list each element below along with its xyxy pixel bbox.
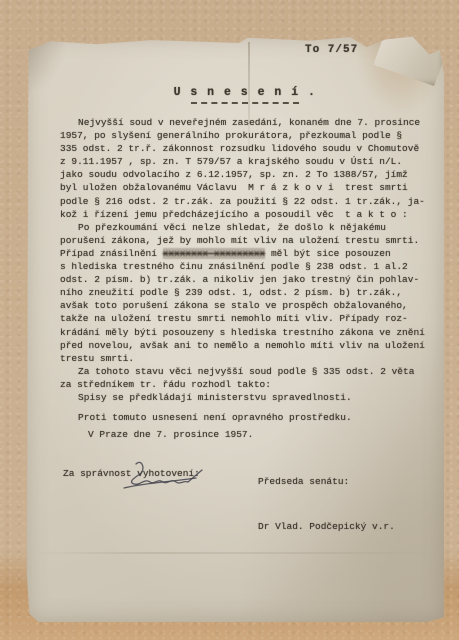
paragraph-no-appeal: Proti tomuto usnesení není opravného pro…	[60, 411, 436, 424]
text-line: takže na uložení trestu smrti nemohlo mí…	[60, 312, 436, 325]
text-line: jako soudu odvolacího z 6.12.1957, sp. z…	[60, 168, 436, 181]
document-page: To 7/57 U s n e s e n í . Nejvyšší soud …	[26, 36, 444, 622]
signature-name: Dr Vlad. Podčepický v.r.	[258, 519, 395, 534]
text-line: Za tohoto stavu věci nejvyšší soud podle…	[60, 365, 436, 378]
text-line: kož i řízení jemu předcházejícího a poso…	[60, 208, 436, 221]
text-line: Proti tomuto usnesení není opravného pro…	[60, 411, 436, 424]
text-line: ního zneužití podle § 239 odst. 1, odst.…	[60, 286, 436, 299]
text-segment: Případ znásilnění	[60, 248, 163, 259]
paragraph-review: Po přezkoumání věci nelze shledat, že do…	[60, 221, 436, 365]
text-line: s hlediska trestného činu znásilnění pod…	[60, 260, 436, 273]
handwritten-signature	[84, 456, 214, 496]
photo-background: To 7/57 U s n e s e n í . Nejvyšší soud …	[0, 0, 459, 640]
signature-role: Předseda senátu:	[258, 474, 395, 489]
date-line: V Praze dne 7. prosince 1957.	[88, 429, 253, 440]
text-line: avšak toto porušení zákona se stalo ve p…	[60, 299, 436, 312]
text-line: Spisy se předkládají ministerstvu sprave…	[60, 391, 436, 404]
text-line: z 9.11.1957 , sp. zn. T 579/57 a krajské…	[60, 155, 436, 168]
text-line: byl uložen obžalovanému Václavu M r á z …	[60, 181, 436, 194]
title-underline	[191, 102, 299, 104]
redacted-text: xxxxxxxx xxxxxxxxx	[163, 248, 266, 259]
title-block: U s n e s e n í .	[60, 82, 430, 104]
text-line: krádání měly býti posouzeny s hlediska t…	[60, 326, 436, 339]
folded-corner	[372, 30, 444, 86]
document-body: Nejvyšší soud v neveřejném zasedání, kon…	[60, 116, 436, 424]
text-line: porušení zákona, jež by mohlo mít vliv n…	[60, 234, 436, 247]
text-line: 1957, po slyšení generálního prokurátora…	[60, 129, 436, 142]
case-number: To 7/57	[305, 44, 358, 56]
text-line: podle § 216 odst. 2 tr.zák. za použití §…	[60, 195, 436, 208]
text-line: 335 odst. 2 tr.ř. zákonnost rozsudku lid…	[60, 142, 436, 155]
signature-block: Předseda senátu: Dr Vlad. Podčepický v.r…	[258, 444, 395, 564]
text-segment: měl být sice posouzen	[265, 248, 390, 259]
text-line: Případ znásilnění xxxxxxxx xxxxxxxxx měl…	[60, 247, 436, 260]
text-line: za středníkem tr. řádu rozhodl takto:	[60, 378, 436, 391]
paragraph-files: Spisy se předkládají ministerstvu sprave…	[60, 391, 436, 404]
text-line: trestu smrti.	[60, 352, 436, 365]
document-title: U s n e s e n í .	[174, 86, 317, 101]
text-line: Po přezkoumání věci nelze shledat, že do…	[60, 221, 436, 234]
text-line: odst. 2 písm. b) tr.zák. a nikoliv jen j…	[60, 273, 436, 286]
text-line: Nejvyšší soud v neveřejném zasedání, kon…	[60, 116, 436, 129]
paragraph-ruling: Za tohoto stavu věci nejvyšší soud podle…	[60, 365, 436, 391]
paragraph-intro: Nejvyšší soud v neveřejném zasedání, kon…	[60, 116, 436, 221]
text-line: před novelou, avšak ani to nemělo a nemo…	[60, 339, 436, 352]
